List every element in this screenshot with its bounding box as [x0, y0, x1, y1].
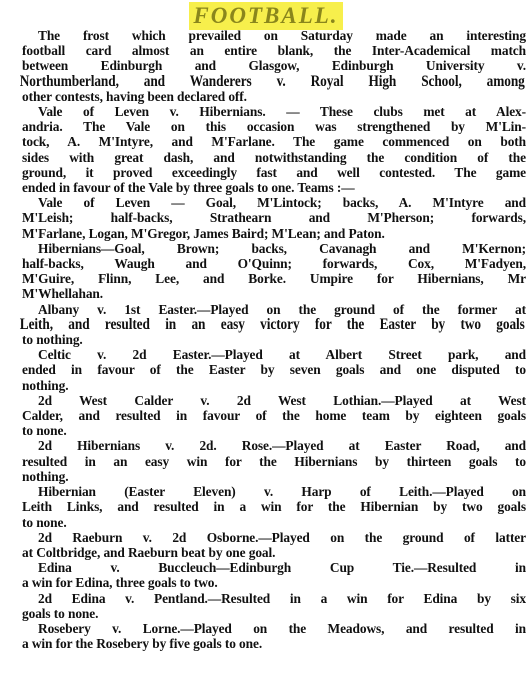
- team-line: M'Farlane, Logan, M'Gregor, James Baird;…: [6, 226, 526, 241]
- intro-line: Northumberland, and Wanderers v. Royal H…: [6, 74, 525, 89]
- report-albany-1st-easter: Albany v. 1st Easter.—Played on the grou…: [6, 302, 526, 348]
- report-2d-west-calder-2d-west-lothian: 2d West Calder v. 2d West Lothian.—Playe…: [6, 393, 526, 439]
- report-line: to nothing.: [6, 332, 526, 347]
- team-vale-of-leven: Vale of Leven — Goal, M'Lintock; backs, …: [6, 195, 526, 241]
- report-line: ended in favour of the Vale by three goa…: [6, 180, 526, 195]
- team-line: M'Whellahan.: [6, 286, 526, 301]
- report-2d-raeburn-2d-osborne: 2d Raeburn v. 2d Osborne.—Played on the …: [6, 530, 526, 560]
- intro-line: The frost which prevailed on Saturday ma…: [6, 28, 526, 43]
- report-line: ground, it proved exceedingly fast and w…: [6, 165, 526, 180]
- report-line: Albany v. 1st Easter.—Played on the grou…: [6, 302, 526, 317]
- team-line: Hibernians—Goal, Brown; backs, Cavanagh …: [6, 241, 526, 256]
- report-line: 2d Hibernians v. 2d. Rose.—Played at Eas…: [6, 438, 526, 453]
- report-line: 2d Raeburn v. 2d Osborne.—Played on the …: [6, 530, 526, 545]
- report-line: Leith Links, and resulted in a win for t…: [6, 499, 526, 514]
- report-line: Calder, and resulted in favour of the ho…: [6, 408, 526, 423]
- report-line: Leith, and resulted in an easy victory f…: [6, 317, 525, 332]
- intro-line: between Edinburgh and Glasgow, Edinburgh…: [6, 58, 526, 73]
- report-line: nothing.: [6, 469, 526, 484]
- report-2d-hibernians-2d-rose: 2d Hibernians v. 2d. Rose.—Played at Eas…: [6, 438, 526, 484]
- team-hibernians: Hibernians—Goal, Brown; backs, Cavanagh …: [6, 241, 526, 302]
- report-line: tock, A. M'Intyre, and M'Farlane. The ga…: [6, 134, 526, 149]
- report-line: a win for Edina, three goals to two.: [6, 575, 526, 590]
- report-line: ended in favour of the Easter by seven g…: [6, 362, 526, 377]
- report-line: 2d Edina v. Pentland.—Resulted in a win …: [6, 591, 526, 606]
- report-line: at Coltbridge, and Raeburn beat by one g…: [6, 545, 526, 560]
- report-edina-buccleuch: Edina v. Buccleuch—Edinburgh Cup Tie.—Re…: [6, 560, 526, 590]
- report-hibernian-harp-of-leith: Hibernian (Easter Eleven) v. Harp of Lei…: [6, 484, 526, 530]
- title-area: FOOTBALL.: [6, 2, 526, 28]
- team-line: M'Guire, Flinn, Lee, and Borke. Umpire f…: [6, 271, 526, 286]
- report-line: Celtic v. 2d Easter.—Played at Albert St…: [6, 347, 526, 362]
- report-line: nothing.: [6, 378, 526, 393]
- report-2d-edina-pentland: 2d Edina v. Pentland.—Resulted in a win …: [6, 591, 526, 621]
- team-line: Vale of Leven — Goal, M'Lintock; backs, …: [6, 195, 526, 210]
- report-line: to none.: [6, 423, 526, 438]
- intro-line: other contests, having been declared off…: [6, 89, 526, 104]
- report-line: andria. The Vale on this occasion was st…: [6, 119, 526, 134]
- report-line: resulted in an easy win for the Hibernia…: [6, 454, 526, 469]
- intro-line: football card almost an entire blank, th…: [6, 43, 526, 58]
- report-celtic-2d-easter: Celtic v. 2d Easter.—Played at Albert St…: [6, 347, 526, 393]
- team-line: half-backs, Waugh and O'Quinn; forwards,…: [6, 256, 526, 271]
- report-line: Hibernian (Easter Eleven) v. Harp of Lei…: [6, 484, 526, 499]
- report-line: sides with great dash, and notwithstandi…: [6, 150, 526, 165]
- report-line: Vale of Leven v. Hibernians. — These clu…: [6, 104, 526, 119]
- newspaper-column: FOOTBALL. The frost which prevailed on S…: [6, 0, 526, 651]
- report-line: a win for the Rosebery by five goals to …: [6, 636, 526, 651]
- intro-paragraph: The frost which prevailed on Saturday ma…: [6, 28, 526, 104]
- report-line: goals to none.: [6, 606, 526, 621]
- report-vale-of-leven-hibernians: Vale of Leven v. Hibernians. — These clu…: [6, 104, 526, 195]
- article-title: FOOTBALL.: [189, 2, 342, 30]
- team-line: M'Leish; half-backs, Strathearn and M'Ph…: [6, 210, 526, 225]
- report-rosebery-lorne: Rosebery v. Lorne.—Played on the Meadows…: [6, 621, 526, 651]
- report-line: Rosebery v. Lorne.—Played on the Meadows…: [6, 621, 526, 636]
- report-line: Edina v. Buccleuch—Edinburgh Cup Tie.—Re…: [6, 560, 526, 575]
- report-line: to none.: [6, 515, 526, 530]
- report-line: 2d West Calder v. 2d West Lothian.—Playe…: [6, 393, 526, 408]
